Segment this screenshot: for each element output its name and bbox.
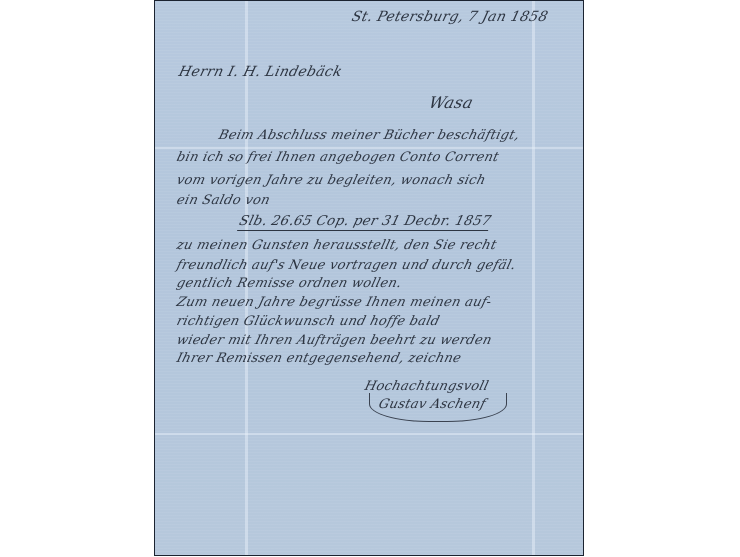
body-line-3: vom vorigen Jahre zu begleiten, wonach s… — [175, 173, 487, 188]
destination: Wasa — [427, 93, 475, 112]
body2-line-1: zu meinen Gunsten herausstellt, den Sie … — [175, 238, 498, 253]
fold-line-horizontal-lower — [155, 433, 583, 435]
body2-line-6: wieder mit Ihren Aufträgen beehrt zu wer… — [175, 333, 493, 348]
closing: Hochachtungsvoll — [363, 379, 490, 394]
fold-line-horizontal — [155, 147, 583, 149]
place-date: St. Petersburg, 7 Jan 1858 — [350, 9, 550, 25]
amount-line: Slb. 26.65 Cop. per 31 Decbr. 1857 — [237, 213, 493, 231]
signature-flourish — [369, 393, 507, 422]
body2-line-7: Ihrer Remissen entgegensehend, zeichne — [175, 351, 463, 366]
fold-line-vertical-right — [532, 1, 535, 555]
body2-line-4: Zum neuen Jahre begrüsse Ihnen meinen au… — [175, 295, 493, 310]
body2-line-5: richtigen Glückwunsch und hoffe bald — [175, 314, 441, 329]
letter-paper: St. Petersburg, 7 Jan 1858 Herrn I. H. L… — [154, 0, 584, 556]
body2-line-3: gentlich Remisse ordnen wollen. — [175, 276, 403, 291]
body-line-2: bin ich so frei Ihnen angebogen Conto Co… — [175, 150, 501, 165]
recipient: Herrn I. H. Lindebäck — [177, 64, 344, 80]
body-line-1: Beim Abschluss meiner Bücher beschäftigt… — [217, 128, 521, 143]
body-line-4: ein Saldo von — [175, 193, 272, 208]
body2-line-2: freundlich auf's Neue vortragen und durc… — [175, 258, 517, 273]
